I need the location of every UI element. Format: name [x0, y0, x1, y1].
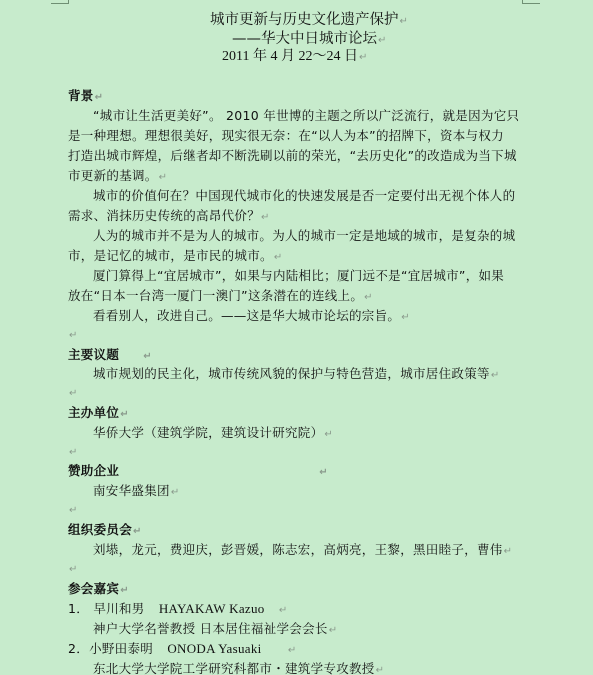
- guest-item-2: 2．小野田泰明 ONODA Yasuaki ↵: [68, 639, 297, 657]
- committee-content: 刘塨，龙元，费迎庆，彭晋媛，陈志宏，高炳亮，王黎，黑田睦子，曹伟↵: [68, 540, 512, 558]
- guest-name: 早川和男: [93, 601, 144, 616]
- paragraph-line: “城市让生活更美好”。 2010 年世博的主题之所以广泛流行，就是因为它只: [68, 106, 519, 124]
- guest-title-1: 神户大学名誉教授 日本居住福祉学会会长↵: [68, 619, 337, 637]
- section-heading-organizer: 主办单位↵: [68, 403, 129, 421]
- paragraph-line: 市，是记忆的城市，是市民的城市。↵: [68, 246, 283, 264]
- empty-paragraph: ↵: [68, 384, 78, 399]
- guest-latin-name: HAYAKAW Kazuo: [159, 601, 265, 616]
- section-heading-committee: 组织委员会↵: [68, 520, 142, 538]
- guest-latin-name: ONODA Yasuaki: [167, 641, 261, 656]
- topics-content: 城市规划的民主化，城市传统风貌的保护与特色营造，城市居住政策等↵: [68, 364, 500, 382]
- section-heading-background: 背景↵: [68, 86, 103, 104]
- empty-paragraph: ↵: [68, 443, 78, 458]
- empty-paragraph: ↵: [68, 560, 78, 575]
- guest-number: 1．: [68, 601, 89, 616]
- section-heading-guests: 参会嘉宾↵: [68, 579, 129, 597]
- guest-item-1: 1． 早川和男 HAYAKAW Kazuo ↵: [68, 599, 288, 617]
- paragraph-line: 人为的城市并不是为人的城市。为人的城市一定是地域的城市，是复杂的城: [68, 226, 515, 244]
- guest-name: 小野田泰明: [89, 641, 153, 656]
- page-corner-mark-left: [51, 0, 69, 4]
- page-corner-mark-right: [522, 0, 540, 4]
- document-date: 2011 年 4 月 22～24 日↵: [222, 45, 367, 65]
- paragraph-line: 放在“日本一台湾一厦门一澳门”这条潜在的连线上。↵: [68, 286, 373, 304]
- paragraph-line: 看看别人，改进自己。——这是华大城市论坛的宗旨。↵: [68, 306, 410, 324]
- paragraph-line: 厦门算得上“宜居城市”，如果与内陆相比；厦门远不是“宜居城市”，如果: [68, 266, 504, 284]
- guest-title-2: 东北大学大学院工学研究科都市・建筑学专攻教授↵: [68, 659, 384, 675]
- paragraph-line: 城市的价值何在？中国现代城市化的快速发展是否一定要付出无视个体人的: [68, 186, 515, 204]
- organizer-content: 华侨大学（建筑学院，建筑设计研究院）↵: [68, 423, 333, 441]
- paragraph-line: 打造出城市辉煌，后继者却不断洗刷以前的荣光，“去历史化”的改造成为当下城: [68, 146, 517, 164]
- section-heading-topics: 主要议题↵: [68, 345, 152, 363]
- sponsor-content: 南安华盛集团↵: [68, 481, 180, 499]
- section-heading-sponsor: 赞助企业↵: [68, 461, 328, 479]
- paragraph-line: 需求、消抹历史传统的高昂代价？↵: [68, 206, 270, 224]
- paragraph-line: 市更新的基调。↵: [68, 166, 167, 184]
- guest-number: 2．: [68, 641, 89, 656]
- document-title: 城市更新与历史文化遗产保护↵: [210, 8, 408, 29]
- empty-paragraph: ↵: [68, 326, 78, 341]
- empty-paragraph: ↵: [68, 501, 78, 516]
- paragraph-line: 是一种理想。理想很美好，现实很无奈：在“以人为本”的招牌下，资本与权力: [68, 126, 504, 144]
